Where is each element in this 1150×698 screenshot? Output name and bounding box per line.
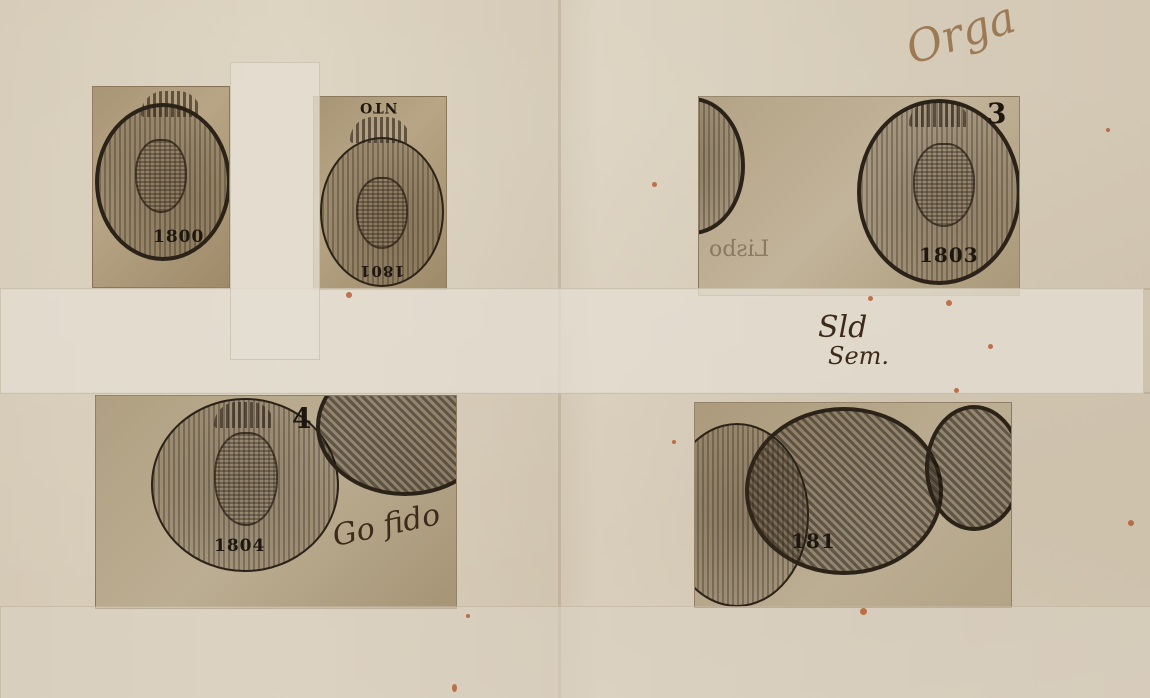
crown-icon xyxy=(909,101,969,127)
shield-icon xyxy=(214,432,278,526)
revenue-stamp-1804: 4 1804 Go fido xyxy=(95,395,457,609)
tape-strip-middle xyxy=(0,288,1144,394)
seal-emblem-right xyxy=(925,405,1012,531)
rust-spot xyxy=(466,614,470,618)
stamp-year: 1800 xyxy=(153,227,204,247)
revenue-stamp-181x: 181 xyxy=(694,402,1012,608)
rust-spot xyxy=(946,300,952,306)
tape-strip-bottom xyxy=(0,606,1150,698)
rust-spot xyxy=(652,182,657,187)
stamp-denomination: 3 xyxy=(987,97,1006,130)
rust-spot xyxy=(954,388,959,393)
revenue-stamp-1800: 1800 xyxy=(92,86,230,288)
signature: Go fido xyxy=(330,497,444,554)
rust-spot xyxy=(1128,520,1134,526)
stamp-top-text: NTO xyxy=(359,99,397,115)
revenue-stamp-1803: Lisbo 3 1803 xyxy=(698,96,1020,296)
stamp-year: 181 xyxy=(791,529,836,553)
stamp-year: 1803 xyxy=(919,243,979,267)
shield-icon xyxy=(356,177,408,249)
rust-spot xyxy=(1106,128,1110,132)
stamp-year: 1804 xyxy=(214,536,265,556)
stamp-denomination: 4 xyxy=(292,402,311,435)
rust-spot xyxy=(672,440,676,444)
rust-spot xyxy=(346,292,352,298)
seal-emblem-partial xyxy=(698,97,745,235)
rust-spot xyxy=(452,684,457,692)
annotation-sld: Sld xyxy=(818,310,867,345)
stamp-year: 1801 xyxy=(359,262,405,280)
shield-icon xyxy=(135,139,187,213)
tape-strip-vertical xyxy=(230,62,320,360)
shield-icon xyxy=(913,143,975,227)
rust-spot xyxy=(988,344,993,349)
rust-spot xyxy=(868,296,873,301)
crown-icon xyxy=(214,402,274,428)
revenue-stamp-1801: NTO 1801 xyxy=(313,96,447,290)
ghost-text: Lisbo xyxy=(709,237,769,262)
annotation-sem: Sem. xyxy=(828,342,889,370)
rust-spot xyxy=(860,608,867,615)
